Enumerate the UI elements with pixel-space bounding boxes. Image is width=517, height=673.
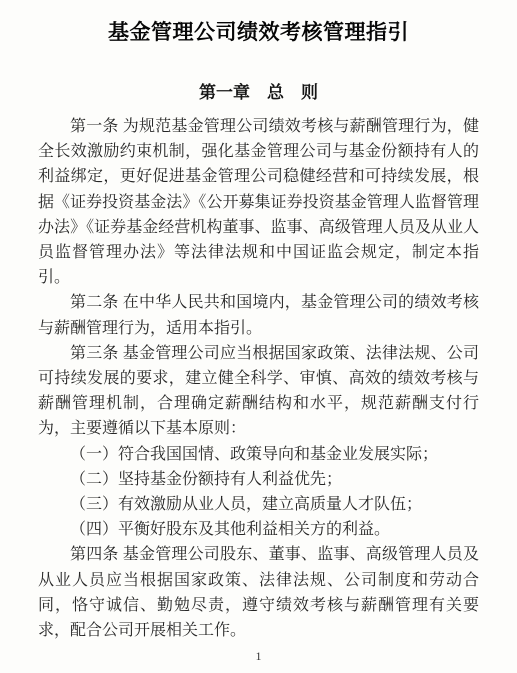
body-paragraph: 第三条 基金管理公司应当根据国家政策、法律法规、公司可持续发展的要求，建立健全科… bbox=[38, 341, 479, 442]
list-item: （二）坚持基金份额持有人利益优先； bbox=[38, 467, 479, 492]
body-paragraph: 第一条 为规范基金管理公司绩效考核与薪酬管理行为，健全长效激励约束机制，强化基金… bbox=[38, 114, 479, 290]
list-item: （三）有效激励从业人员，建立高质量人才队伍； bbox=[38, 492, 479, 517]
chapter-heading: 第一章 总 则 bbox=[0, 80, 517, 106]
page-title: 基金管理公司绩效考核管理指引 bbox=[0, 0, 517, 49]
list-item: （四）平衡好股东及其他利益相关方的利益。 bbox=[38, 517, 479, 542]
page-number: 1 bbox=[0, 649, 517, 663]
list-item: （一）符合我国国情、政策导向和基金业发展实际； bbox=[38, 442, 479, 467]
body-paragraph: 第二条 在中华人民共和国境内，基金管理公司的绩效考核与薪酬管理行为，适用本指引。 bbox=[38, 290, 479, 340]
document-page: 基金管理公司绩效考核管理指引 第一章 总 则 第一条 为规范基金管理公司绩效考核… bbox=[0, 0, 517, 673]
body-paragraph: 第四条 基金管理公司股东、董事、监事、高级管理人员及从业人员应当根据国家政策、法… bbox=[38, 542, 479, 643]
document-body: 第一条 为规范基金管理公司绩效考核与薪酬管理行为，健全长效激励约束机制，强化基金… bbox=[38, 114, 479, 643]
